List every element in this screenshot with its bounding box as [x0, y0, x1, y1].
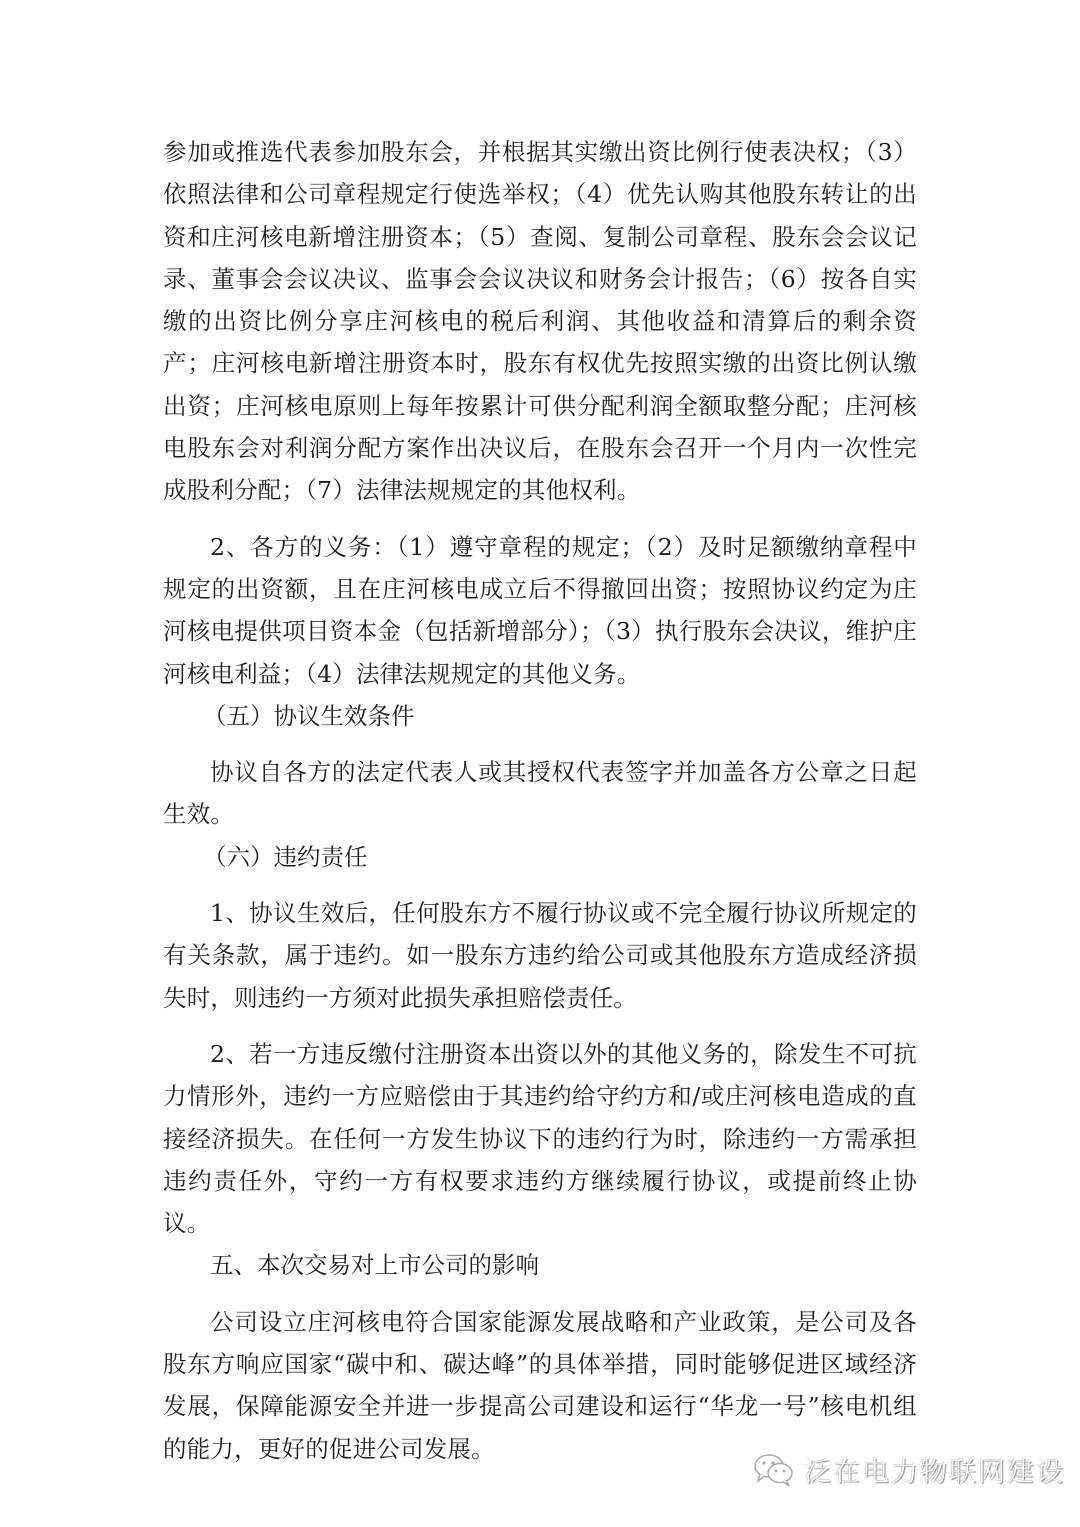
document-page: 参加或推选代表参加股东会，并根据其实缴出资比例行使表决权；（3）依照法律和公司章… [163, 131, 917, 1470]
paragraph-obligations: 2、各方的义务：（1）遵守章程的规定；（2）及时足额缴纳章程中规定的出资额，且在… [163, 526, 917, 695]
section-heading-liability: （六）违约责任 [163, 836, 917, 878]
watermark-text: 泛在电力物联网建设 [804, 1450, 1065, 1489]
wechat-icon [752, 1452, 796, 1488]
section-heading-effective-conditions: （五）协议生效条件 [163, 695, 917, 737]
paragraph-liability-2: 2、若一方违反缴付注册资本出资以外的其他义务的，除发生不可抗力情形外，违约一方应… [163, 1033, 917, 1244]
source-watermark: 泛在电力物联网建设 [752, 1450, 1065, 1489]
paragraph-impact: 公司设立庄河核电符合国家能源发展战略和产业政策，是公司及各股东方响应国家“碳中和… [163, 1301, 917, 1470]
paragraph-shareholder-rights: 参加或推选代表参加股东会，并根据其实缴出资比例行使表决权；（3）依照法律和公司章… [163, 131, 917, 512]
paragraph-effective-conditions: 协议自各方的法定代表人或其授权代表签字并加盖各方公章之日起生效。 [163, 751, 917, 836]
chapter-heading-impact: 五、本次交易对上市公司的影响 [163, 1244, 917, 1286]
paragraph-liability-1: 1、协议生效后，任何股东方不履行协议或不完全履行协议所规定的有关条款，属于违约。… [163, 892, 917, 1019]
